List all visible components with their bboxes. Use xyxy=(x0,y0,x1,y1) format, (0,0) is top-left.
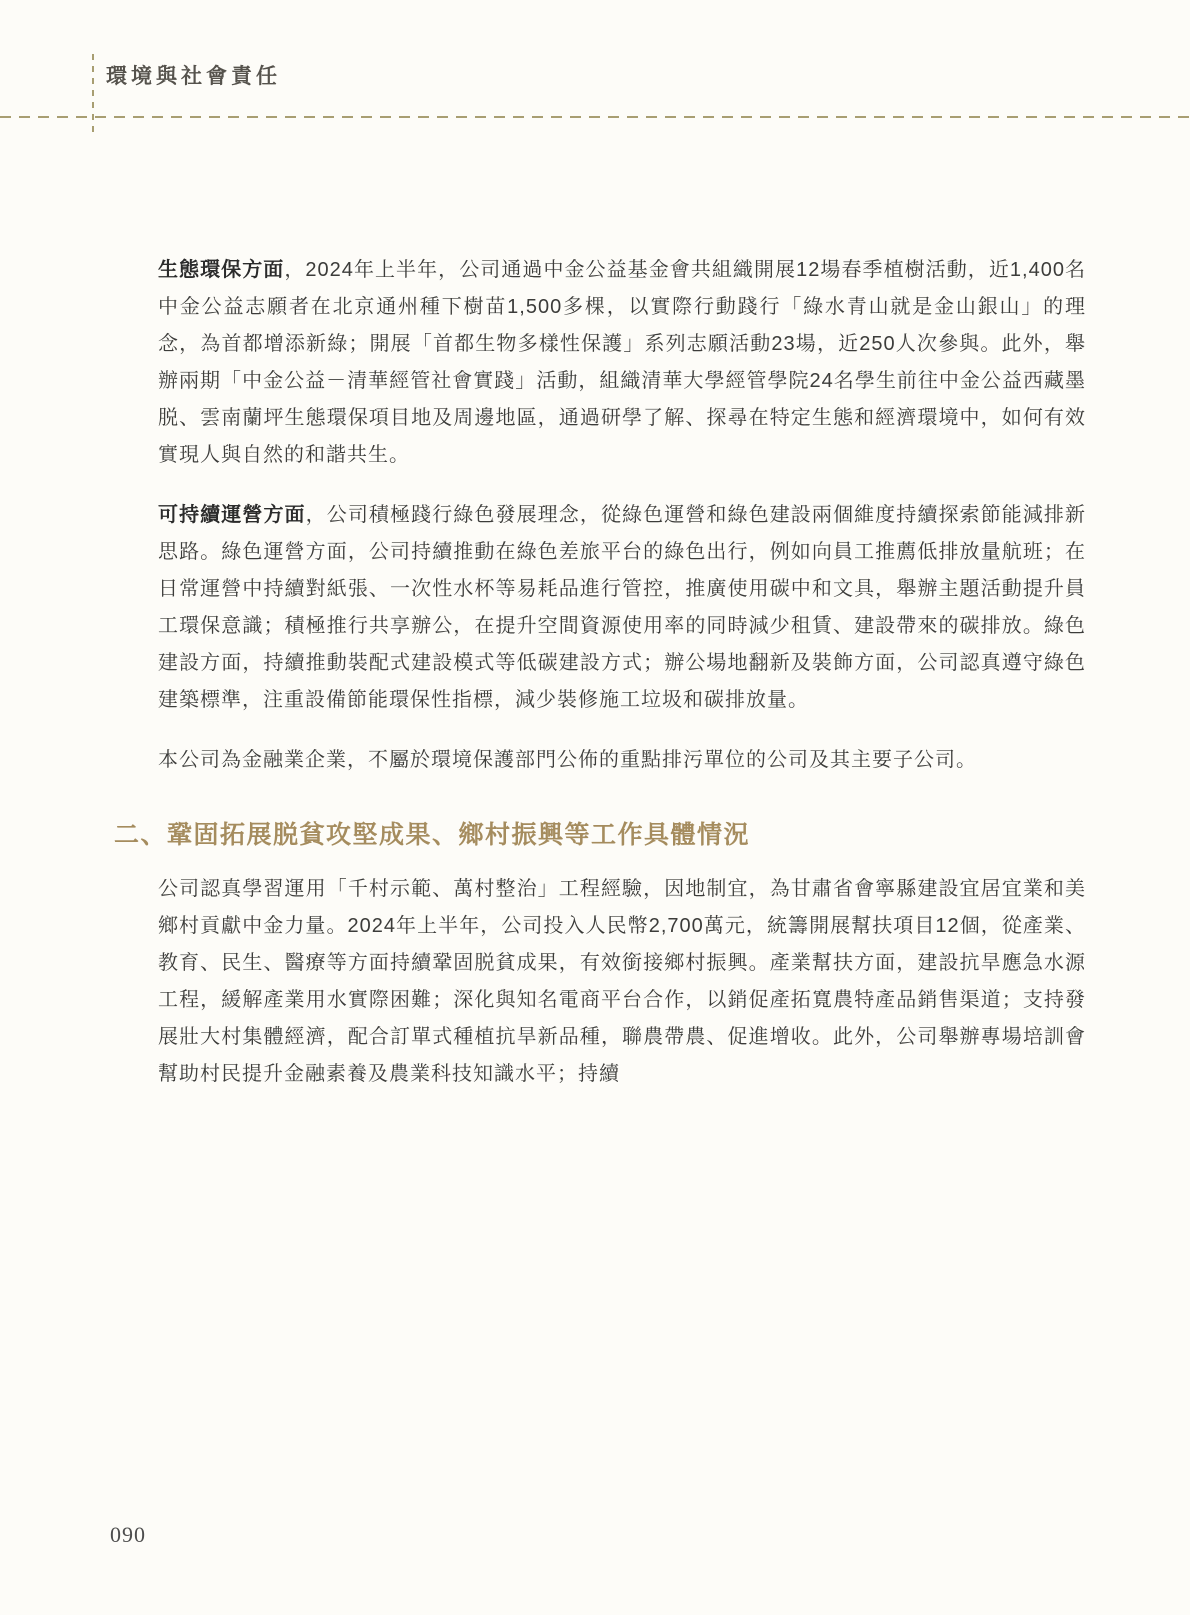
paragraph-ecology: 生態環保方面，2024年上半年，公司通過中金公益基金會共組織開展12場春季植樹活… xyxy=(158,252,1086,474)
section-heading-title: 鞏固拓展脱貧攻堅成果、鄉村振興等工作具體情況 xyxy=(167,821,750,849)
paragraph-ecology-text: ，2024年上半年，公司通過中金公益基金會共組織開展12場春季植樹活動，近1,4… xyxy=(158,259,1086,466)
page-number: 090 xyxy=(110,1522,146,1548)
page-title: 環境與社會責任 xyxy=(106,60,281,90)
header-horizontal-dashed-divider xyxy=(0,116,1190,118)
paragraph-rural-revitalization: 公司認真學習運用「千村示範、萬村整治」工程經驗，因地制宜，為甘肅省會寧縣建設宜居… xyxy=(158,871,1086,1093)
paragraph-ecology-lead: 生態環保方面 xyxy=(158,259,284,281)
report-page: 環境與社會責任 生態環保方面，2024年上半年，公司通過中金公益基金會共組織開展… xyxy=(0,0,1190,1615)
section-heading-rural-revitalization: 二、鞏固拓展脱貧攻堅成果、鄉村振興等工作具體情況 xyxy=(114,819,1086,851)
paragraph-sustainable-operations-lead: 可持續運營方面 xyxy=(158,504,306,526)
header-vertical-dashed-divider xyxy=(92,54,94,138)
document-body: 生態環保方面，2024年上半年，公司通過中金公益基金會共組織開展12場春季植樹活… xyxy=(158,252,1086,1116)
section-heading-number: 二、 xyxy=(114,821,167,849)
paragraph-sustainable-operations: 可持續運營方面，公司積極踐行綠色發展理念，從綠色運營和綠色建設兩個維度持續探索節… xyxy=(158,497,1086,719)
paragraph-sustainable-operations-text: ，公司積極踐行綠色發展理念，從綠色運營和綠色建設兩個維度持續探索節能減排新思路。… xyxy=(158,504,1086,711)
paragraph-pollution-disclaimer: 本公司為金融業企業，不屬於環境保護部門公佈的重點排污單位的公司及其主要子公司。 xyxy=(158,742,1086,779)
